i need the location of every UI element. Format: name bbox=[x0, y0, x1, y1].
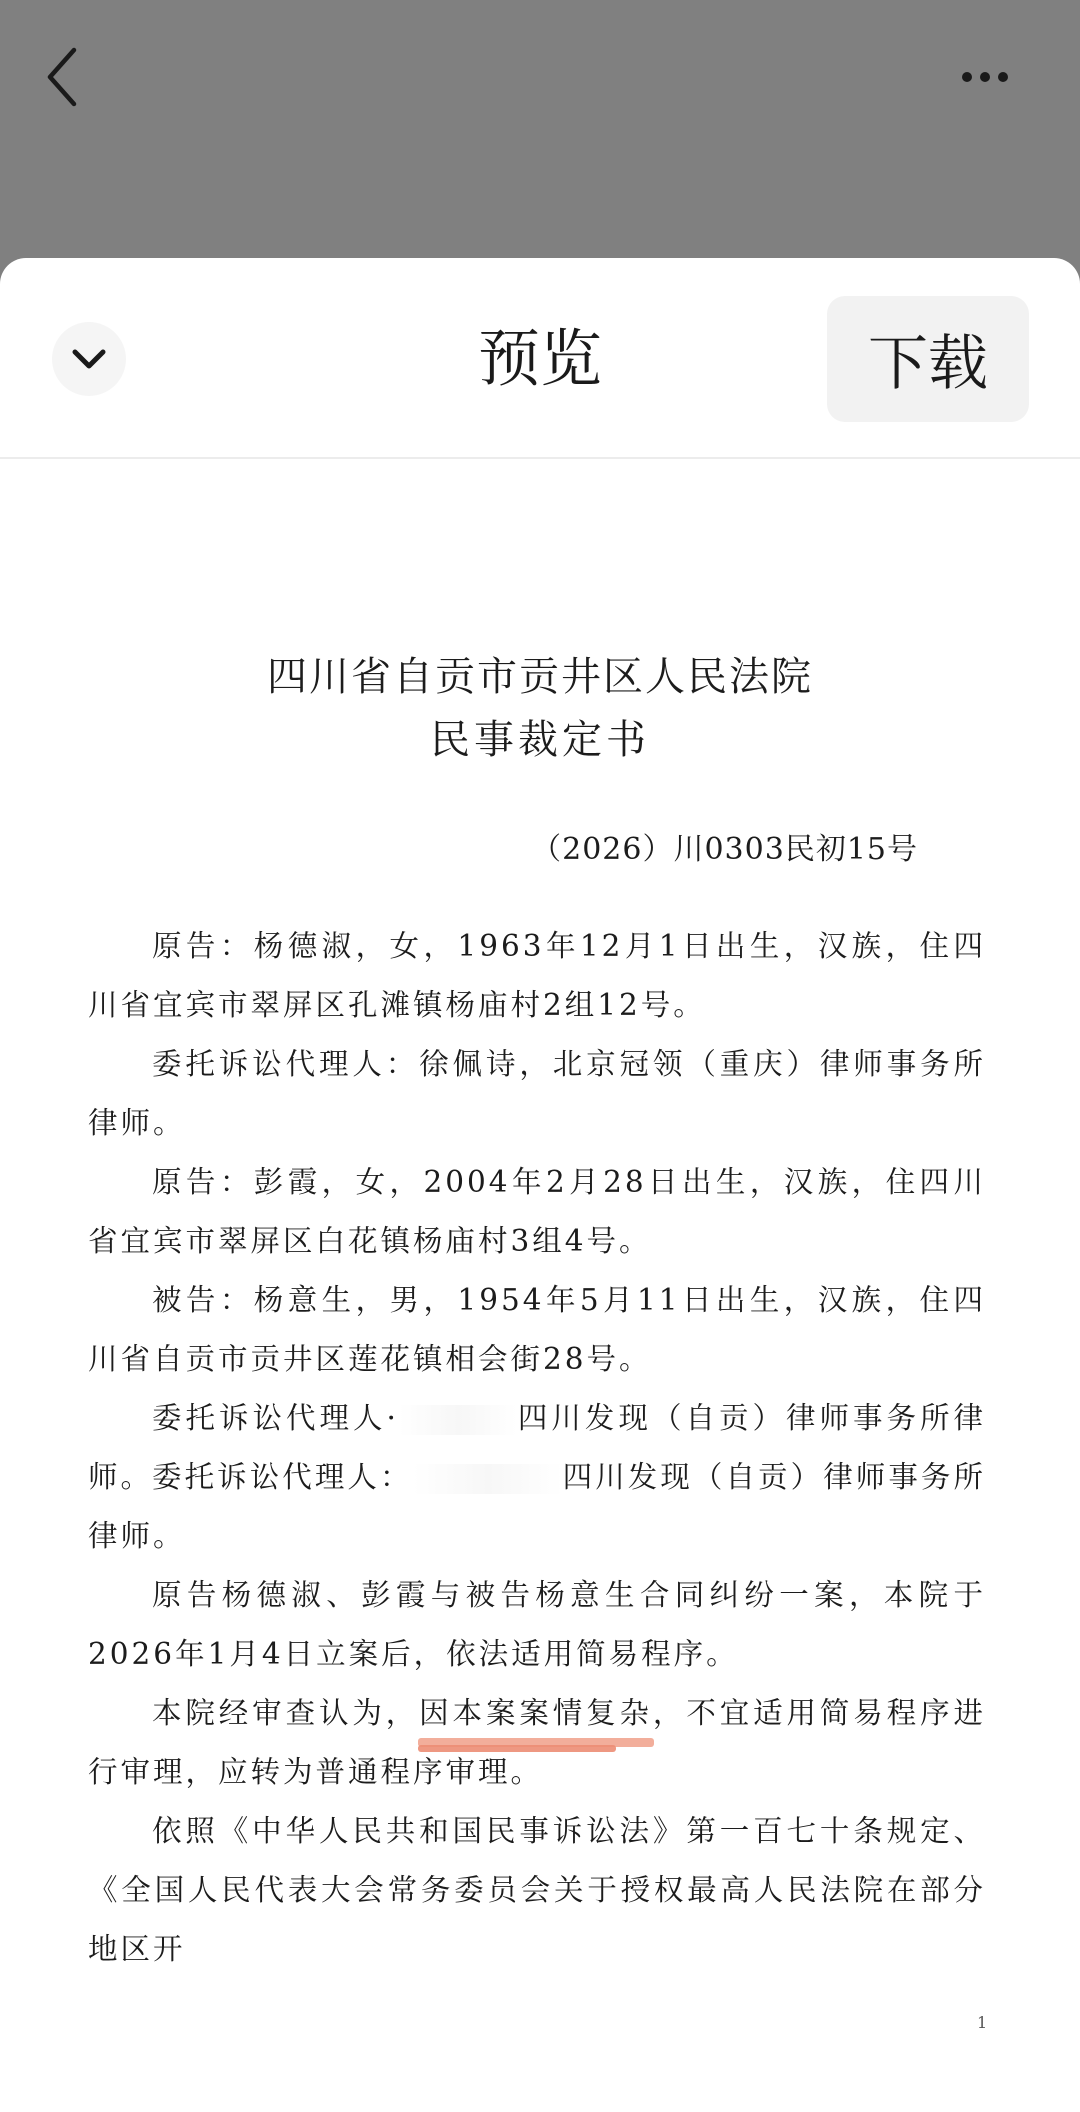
download-button[interactable]: 下载 bbox=[827, 296, 1029, 422]
redacted-name bbox=[399, 1405, 517, 1435]
highlighted-text: 因本案案情复杂 bbox=[419, 1696, 653, 1730]
app-top-bar bbox=[0, 0, 1080, 258]
ellipsis-dot bbox=[998, 72, 1008, 82]
preview-sheet: 预览 下载 四川省自贡市贡井区人民法院 民事裁定书 （2026）川0303民初1… bbox=[0, 258, 1080, 2112]
court-name: 四川省自贡市贡井区人民法院 bbox=[0, 649, 1080, 705]
chevron-left-icon bbox=[40, 44, 84, 110]
paragraph-case-filing: 原告杨德淑、彭霞与被告杨意生合同纠纷一案，本院于2026年1月4日立案后，依法适… bbox=[88, 1566, 986, 1684]
sheet-header: 预览 下载 bbox=[0, 258, 1080, 459]
paragraph-legal-basis: 依照《中华人民共和国民事诉讼法》第一百七十条规定、《全国人民代表大会常务委员会关… bbox=[88, 1802, 986, 1979]
agent-label: 委托诉讼代理人· bbox=[152, 1401, 399, 1435]
page-number: 1 bbox=[977, 2013, 987, 2032]
ellipsis-horizontal-icon bbox=[962, 72, 972, 82]
redacted-name bbox=[413, 1464, 563, 1494]
document-preview[interactable]: 四川省自贡市贡井区人民法院 民事裁定书 （2026）川0303民初15号 原告：… bbox=[0, 461, 1080, 2112]
paragraph-plaintiff-2: 原告：彭霞，女，2004年2月28日出生，汉族，住四川省宜宾市翠屏区白花镇杨庙村… bbox=[88, 1153, 986, 1271]
back-button[interactable] bbox=[40, 44, 84, 110]
document-type: 民事裁定书 bbox=[0, 712, 1080, 768]
case-number: （2026）川0303民初15号 bbox=[531, 828, 918, 872]
paragraph-defendant: 被告：杨意生，男，1954年5月11日出生，汉族，住四川省自贡市贡井区莲花镇相会… bbox=[88, 1271, 986, 1389]
more-options-button[interactable] bbox=[950, 62, 1020, 92]
ellipsis-dot bbox=[980, 72, 990, 82]
paragraph-plaintiff-1: 原告：杨德淑，女，1963年12月1日出生，汉族，住四川省宜宾市翠屏区孔滩镇杨庙… bbox=[88, 917, 986, 1035]
agent-label: 委托诉讼代理人： bbox=[152, 1460, 413, 1494]
paragraph-agent-3: 委托诉讼代理人：四川发现（自贡）律师事务所律师。 bbox=[88, 1448, 986, 1566]
highlight-underline bbox=[418, 1745, 616, 1752]
paragraph-agent-1: 委托诉讼代理人：徐佩诗，北京冠领（重庆）律师事务所律师。 bbox=[88, 1035, 986, 1153]
review-lead: 本院经审查认为， bbox=[152, 1696, 419, 1730]
